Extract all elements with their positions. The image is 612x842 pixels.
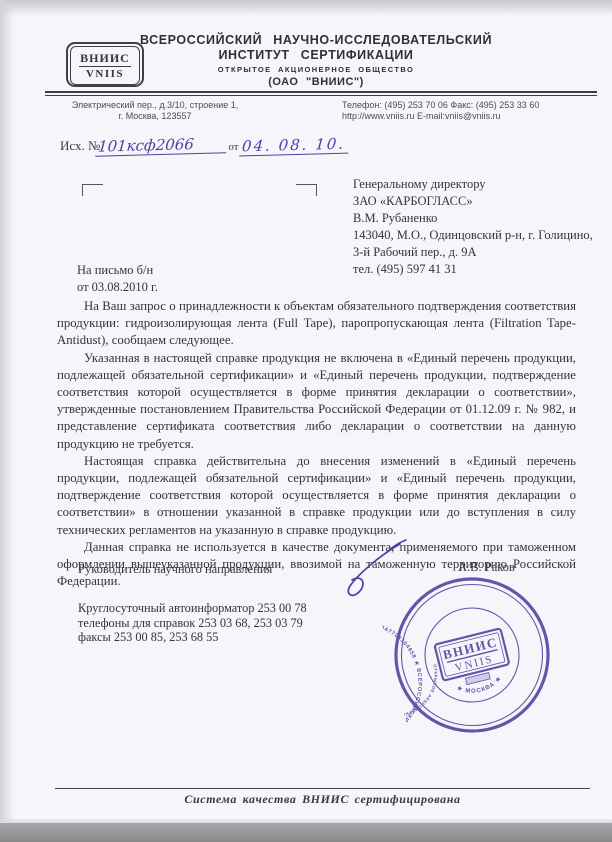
org-title-line3: ОТКРЫТОЕ АКЦИОНЕРНОЕ ОБЩЕСТВО: [138, 65, 494, 75]
address-corner-mark-left: [82, 184, 103, 196]
in-reply-line1: На письмо б/н: [77, 262, 158, 279]
recipient-line: Генеральному директору: [353, 176, 603, 193]
letter-body: На Ваш запрос о принадлежности к объекта…: [57, 298, 576, 590]
handwritten-outgoing-number: 101ксф2066: [96, 134, 228, 156]
scan-background-bottom: [0, 823, 612, 842]
outgoing-number-label: Исх. №: [60, 138, 100, 153]
header-double-rule: [45, 91, 597, 96]
scan-edge-top: [0, 0, 612, 16]
recipient-block: Генеральному директору ЗАО «КАРБОГЛАСС» …: [353, 176, 603, 278]
date-preposition: от: [228, 141, 238, 153]
org-web-line: http://www.vniis.ru E-mail:vniis@vniis.r…: [342, 111, 604, 122]
body-paragraph: На Ваш запрос о принадлежности к объекта…: [57, 298, 576, 350]
letter-scan: ВНИИС VNIIS ВСЕРОССИЙСКИЙ НАУЧНО-ИССЛЕДО…: [0, 0, 612, 842]
contact-line: телефоны для справок 253 03 68, 253 03 7…: [78, 616, 307, 631]
recipient-line: тел. (495) 597 41 31: [353, 261, 603, 278]
org-address-line2: г. Москва, 123557: [50, 111, 260, 122]
vniis-logo-frame: ВНИИС VNIIS: [70, 46, 140, 85]
org-contact-info: Телефон: (495) 253 70 06 Факс: (495) 253…: [342, 100, 604, 122]
body-paragraph: Настоящая справка действительна до внесе…: [57, 453, 576, 539]
recipient-line: 143040, М.О., Одинцовский р-н, г. Голици…: [353, 227, 603, 244]
in-reply-line2: от 03.08.2010 г.: [77, 279, 158, 296]
contact-line: Круглосуточный автоинформатор 253 00 78: [78, 601, 307, 616]
org-title-line1: ВСЕРОССИЙСКИЙ НАУЧНО-ИССЛЕДОВАТЕЛЬСКИЙ: [138, 33, 494, 48]
quality-system-note: Система качества ВНИИС сертифицирована: [55, 792, 590, 807]
org-title-line2: ИНСТИТУТ СЕРТИФИКАЦИИ: [138, 48, 494, 63]
logo-text-latin: VNIIS: [86, 68, 124, 80]
org-address-line1: Электрический пер., д.3/10, строение 1,: [50, 100, 260, 111]
contact-line: факсы 253 00 85, 253 68 55: [78, 630, 307, 645]
in-reply-to-block: На письмо б/н от 03.08.2010 г.: [77, 262, 158, 296]
recipient-line: ЗАО «КАРБОГЛАСС»: [353, 193, 603, 210]
outgoing-reference-line: Исх. №101ксф2066от04. 08. 10.: [60, 136, 350, 155]
signatory-position: Руководитель научного направления: [78, 562, 272, 577]
address-corner-mark-right: [296, 184, 317, 196]
org-title-line4: (ОАО "ВНИИС"): [138, 76, 494, 89]
contact-phones-block: Круглосуточный автоинформатор 253 00 78 …: [78, 601, 307, 645]
vniis-logo: ВНИИС VNIIS: [66, 42, 144, 87]
recipient-line: В.М. Рубаненко: [353, 210, 603, 227]
handwritten-date: 04. 08. 10.: [239, 135, 350, 157]
logo-text-cyrillic: ВНИИС: [80, 52, 130, 65]
logo-divider: [79, 66, 131, 67]
org-phone-line: Телефон: (495) 253 70 06 Факс: (495) 253…: [342, 100, 604, 111]
scan-edge-left: [0, 0, 14, 822]
recipient-line: 3-й Рабочий пер., д. 9А: [353, 244, 603, 261]
footer-rule: [55, 788, 590, 789]
organization-title: ВСЕРОССИЙСКИЙ НАУЧНО-ИССЛЕДОВАТЕЛЬСКИЙ И…: [138, 33, 494, 89]
body-paragraph: Указанная в настоящей справке продукция …: [57, 350, 576, 453]
org-postal-address: Электрический пер., д.3/10, строение 1, …: [50, 100, 260, 122]
